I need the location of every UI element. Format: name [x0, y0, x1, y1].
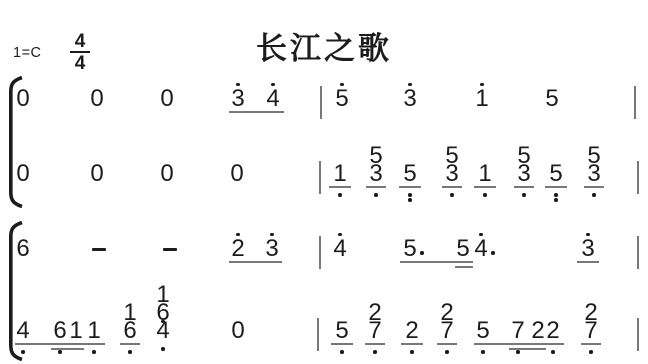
note-digit: 6 — [16, 237, 29, 261]
octave-dot-below — [554, 198, 558, 202]
score-page: 长江之歌 1=C 4 4 000345315000015355315355362… — [0, 0, 648, 364]
octave-dot-above — [479, 233, 483, 237]
octave-dot-below — [551, 350, 555, 354]
underline-beam — [474, 186, 496, 188]
underline-beam — [329, 186, 351, 188]
note-digit: 2 — [546, 319, 559, 343]
octave-dot-below — [128, 350, 132, 354]
augmentation-dot — [420, 251, 424, 255]
note-digit: 6 — [53, 319, 66, 343]
note-digit: 0 — [160, 87, 173, 111]
note-digit: 7 — [511, 319, 524, 343]
note-digit: 7 — [584, 319, 597, 343]
note-digit: 0 — [16, 162, 29, 186]
duration-dash — [92, 248, 106, 251]
note-digit: 1 — [69, 319, 82, 343]
octave-dot-above — [271, 83, 275, 87]
underline-beam — [545, 186, 567, 188]
underline-beam — [51, 348, 84, 350]
barline — [319, 236, 321, 269]
octave-dot-above — [340, 83, 344, 87]
octave-dot-below — [408, 198, 412, 202]
barline — [634, 86, 636, 119]
note-digit: 4 — [474, 237, 487, 261]
octave-dot-above — [236, 83, 240, 87]
barline — [637, 318, 639, 351]
octave-dot-below — [338, 193, 342, 197]
note-digit: 2 — [531, 319, 544, 343]
note-digit: 1 — [478, 162, 491, 186]
note-digit: 5 — [335, 319, 348, 343]
note-digit: 3 — [517, 162, 530, 186]
underline-beam — [15, 343, 84, 345]
note-digit: 5 — [545, 87, 558, 111]
underline-beam — [229, 261, 282, 263]
note-digit: 3 — [403, 87, 416, 111]
octave-dot-above — [408, 83, 412, 87]
note-digit: 5 — [476, 319, 489, 343]
octave-dot-below — [161, 347, 165, 351]
octave-dot-above — [586, 233, 590, 237]
octave-dot-below — [21, 350, 25, 354]
note-digit: 5 — [403, 162, 416, 186]
underline-beam — [83, 343, 105, 345]
note-digit: 0 — [231, 319, 244, 343]
octave-dot-below — [589, 350, 593, 354]
octave-dot-below — [592, 193, 596, 197]
underline-beam — [437, 343, 457, 345]
note-digit: 5 — [549, 162, 562, 186]
underline-beam — [401, 343, 423, 345]
octave-dot-above — [338, 233, 342, 237]
note-digit: 1 — [475, 87, 488, 111]
note-digit: 0 — [16, 87, 29, 111]
underline-beam — [474, 343, 546, 345]
underline-beam — [581, 343, 601, 345]
note-digit: 5 — [403, 237, 416, 261]
underline-beam — [584, 186, 604, 188]
octave-dot-above — [270, 233, 274, 237]
note-digit: 3 — [445, 162, 458, 186]
underline-beam — [577, 261, 599, 263]
augmentation-dot — [491, 251, 495, 255]
score-body: 0003453150000153553153553623455434611161… — [0, 0, 648, 364]
octave-dot-below — [450, 193, 454, 197]
note-digit: 4 — [156, 319, 169, 343]
octave-dot-below — [554, 193, 558, 197]
underline-beam — [442, 186, 462, 188]
octave-dot-below — [340, 350, 344, 354]
octave-dot-below — [374, 193, 378, 197]
note-digit: 3 — [587, 162, 600, 186]
octave-dot-below — [58, 350, 62, 354]
underline-beam — [331, 343, 353, 345]
underline-beam — [542, 343, 564, 345]
note-digit: 3 — [369, 162, 382, 186]
octave-dot-below — [445, 350, 449, 354]
note-digit: 7 — [368, 319, 381, 343]
note-digit: 0 — [90, 87, 103, 111]
underline-beam — [229, 111, 284, 113]
octave-dot-below — [483, 193, 487, 197]
octave-dot-below — [92, 350, 96, 354]
note-digit: 0 — [230, 162, 243, 186]
note-digit: 2 — [231, 237, 244, 261]
underline-beam — [400, 261, 473, 263]
barline — [317, 318, 319, 351]
octave-dot-below — [522, 193, 526, 197]
underline-beam — [365, 343, 385, 345]
underline-beam — [514, 186, 534, 188]
octave-dot-below — [410, 350, 414, 354]
barline — [637, 161, 639, 194]
octave-dot-above — [236, 233, 240, 237]
underline-beam — [366, 186, 386, 188]
underline-beam — [509, 348, 546, 350]
note-digit: 3 — [581, 237, 594, 261]
octave-dot-below — [481, 350, 485, 354]
note-digit: 4 — [16, 319, 29, 343]
octave-dot-below — [373, 350, 377, 354]
note-digit: 2 — [405, 319, 418, 343]
octave-dot-below — [408, 193, 412, 197]
note-digit: 5 — [335, 87, 348, 111]
note-digit: 0 — [160, 162, 173, 186]
underline-beam — [399, 186, 421, 188]
note-digit: 0 — [90, 162, 103, 186]
note-digit: 6 — [123, 319, 136, 343]
barline — [637, 236, 639, 269]
octave-dot-below — [516, 350, 520, 354]
underline-beam — [120, 343, 140, 345]
note-digit: 4 — [266, 87, 279, 111]
duration-dash — [163, 248, 177, 251]
note-digit: 3 — [265, 237, 278, 261]
note-digit: 5 — [456, 237, 469, 261]
note-digit: 7 — [440, 319, 453, 343]
octave-dot-above — [480, 83, 484, 87]
note-digit: 3 — [231, 87, 244, 111]
note-digit: 4 — [333, 237, 346, 261]
barline — [320, 86, 322, 119]
underline-beam — [455, 266, 473, 268]
barline — [319, 161, 321, 194]
note-digit: 1 — [87, 319, 100, 343]
note-digit: 1 — [333, 162, 346, 186]
